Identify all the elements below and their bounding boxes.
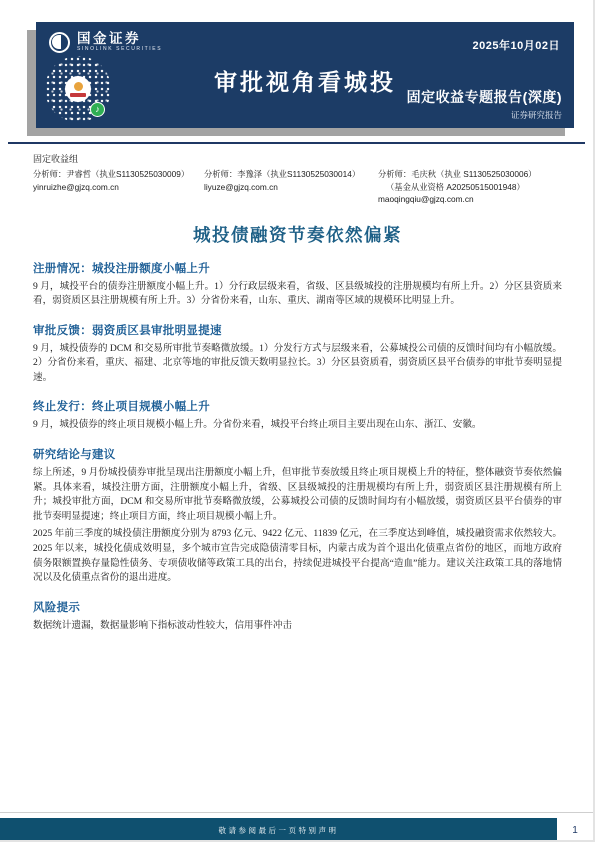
section-paragraph: 2025 年前三季度的城投债注册额度分别为 8793 亿元、9422 亿元、11… — [33, 527, 562, 585]
analyst-email[interactable]: maoqingqiu@gjzq.com.cn — [378, 193, 562, 206]
section-conclusion: 研究结论与建议 综上所述，9 月份城投债券审批呈现出注册额度小幅上升，但审批节奏… — [33, 446, 562, 586]
section-paragraph: 综上所述，9 月份城投债券审批呈现出注册额度小幅上升，但审批节奏放缓且终止项目规… — [33, 466, 562, 524]
analyst-title-line: 分析师：李豫泽（执业S1130525030014） — [204, 168, 374, 181]
analyst-card: 分析师：毛庆秋（执业 S1130525030006） （基金从业资格 A2025… — [378, 168, 562, 206]
brand: 国金证券 SINOLINK SECURITIES — [49, 31, 162, 53]
section-paragraph: 9 月，城投平台的债券注册额度小幅上升。1）分行政层级来看，省级、区县级城投的注… — [33, 280, 562, 309]
analyst-card: 分析师：尹睿哲（执业S1130525030009） yinruizhe@gjzq… — [33, 168, 200, 206]
section-risk: 风险提示 数据统计遗漏，数据量影响下指标波动性较大，信用事件冲击 — [33, 599, 562, 634]
footer-disclaimer-bar: 敬请参阅最后一页特别声明 — [0, 818, 557, 842]
section-heading: 终止发行：终止项目规模小幅上升 — [33, 398, 562, 414]
brand-names: 国金证券 SINOLINK SECURITIES — [77, 31, 162, 53]
report-page: 国金证券 SINOLINK SECURITIES 2025年10月02日 ♪ 审… — [0, 0, 595, 842]
section-heading: 审批反馈：弱资质区县审批明显提速 — [33, 322, 562, 338]
section-registration: 注册情况：城投注册额度小幅上升 9 月，城投平台的债券注册额度小幅上升。1）分行… — [33, 260, 562, 309]
footer-disclaimer-text: 敬请参阅最后一页特别声明 — [219, 825, 339, 836]
qr-channels-badge-icon: ♪ — [90, 102, 105, 117]
analyst-email[interactable]: liyuze@gjzq.com.cn — [204, 181, 374, 194]
section-heading: 研究结论与建议 — [33, 446, 562, 462]
analyst-columns: 分析师：尹睿哲（执业S1130525030009） yinruizhe@gjzq… — [33, 168, 562, 206]
section-heading: 注册情况：城投注册额度小幅上升 — [33, 260, 562, 276]
section-heading: 风险提示 — [33, 599, 562, 615]
report-header: 国金证券 SINOLINK SECURITIES 2025年10月02日 ♪ 审… — [36, 22, 574, 128]
section-paragraph: 数据统计遗漏，数据量影响下指标波动性较大，信用事件冲击 — [33, 619, 562, 634]
brand-name-cn: 国金证券 — [77, 31, 162, 46]
content-area: 固定收益组 分析师：尹睿哲（执业S1130525030009） yinruizh… — [33, 152, 562, 636]
analyst-title-line: 分析师：尹睿哲（执业S1130525030009） — [33, 168, 200, 181]
section-paragraph: 9 月，城投债券的终止项目规模小幅上升。分省份来看，城投平台终止项目主要出现在山… — [33, 418, 562, 433]
report-category: 证券研究报告 — [511, 109, 562, 121]
analyst-email[interactable]: yinruizhe@gjzq.com.cn — [33, 181, 200, 194]
report-type: 固定收益专题报告(深度) — [407, 87, 562, 107]
section-paragraph: 9 月，城投债券的 DCM 和交易所审批节奏略微放缓。1）分发行方式与层级来看，… — [33, 342, 562, 386]
sinolink-logo-icon — [49, 32, 70, 53]
footer-divider — [0, 812, 593, 813]
brand-name-en: SINOLINK SECURITIES — [77, 46, 162, 53]
section-terminated-issuance: 终止发行：终止项目规模小幅上升 9 月，城投债券的终止项目规模小幅上升。分省份来… — [33, 398, 562, 433]
page-number: 1 — [557, 818, 593, 842]
header-divider — [8, 142, 585, 144]
analyst-title-line: 分析师：毛庆秋（执业 S1130525030006） — [378, 168, 562, 181]
analyst-qualification: （基金从业资格 A20250515001948） — [378, 181, 562, 194]
analyst-group-label: 固定收益组 — [33, 152, 562, 165]
document-title: 城投债融资节奏依然偏紧 — [33, 222, 562, 247]
report-date: 2025年10月02日 — [473, 37, 560, 53]
analyst-card: 分析师：李豫泽（执业S1130525030014） liyuze@gjzq.co… — [204, 168, 374, 206]
section-approval-feedback: 审批反馈：弱资质区县审批明显提速 9 月，城投债券的 DCM 和交易所审批节奏略… — [33, 322, 562, 386]
